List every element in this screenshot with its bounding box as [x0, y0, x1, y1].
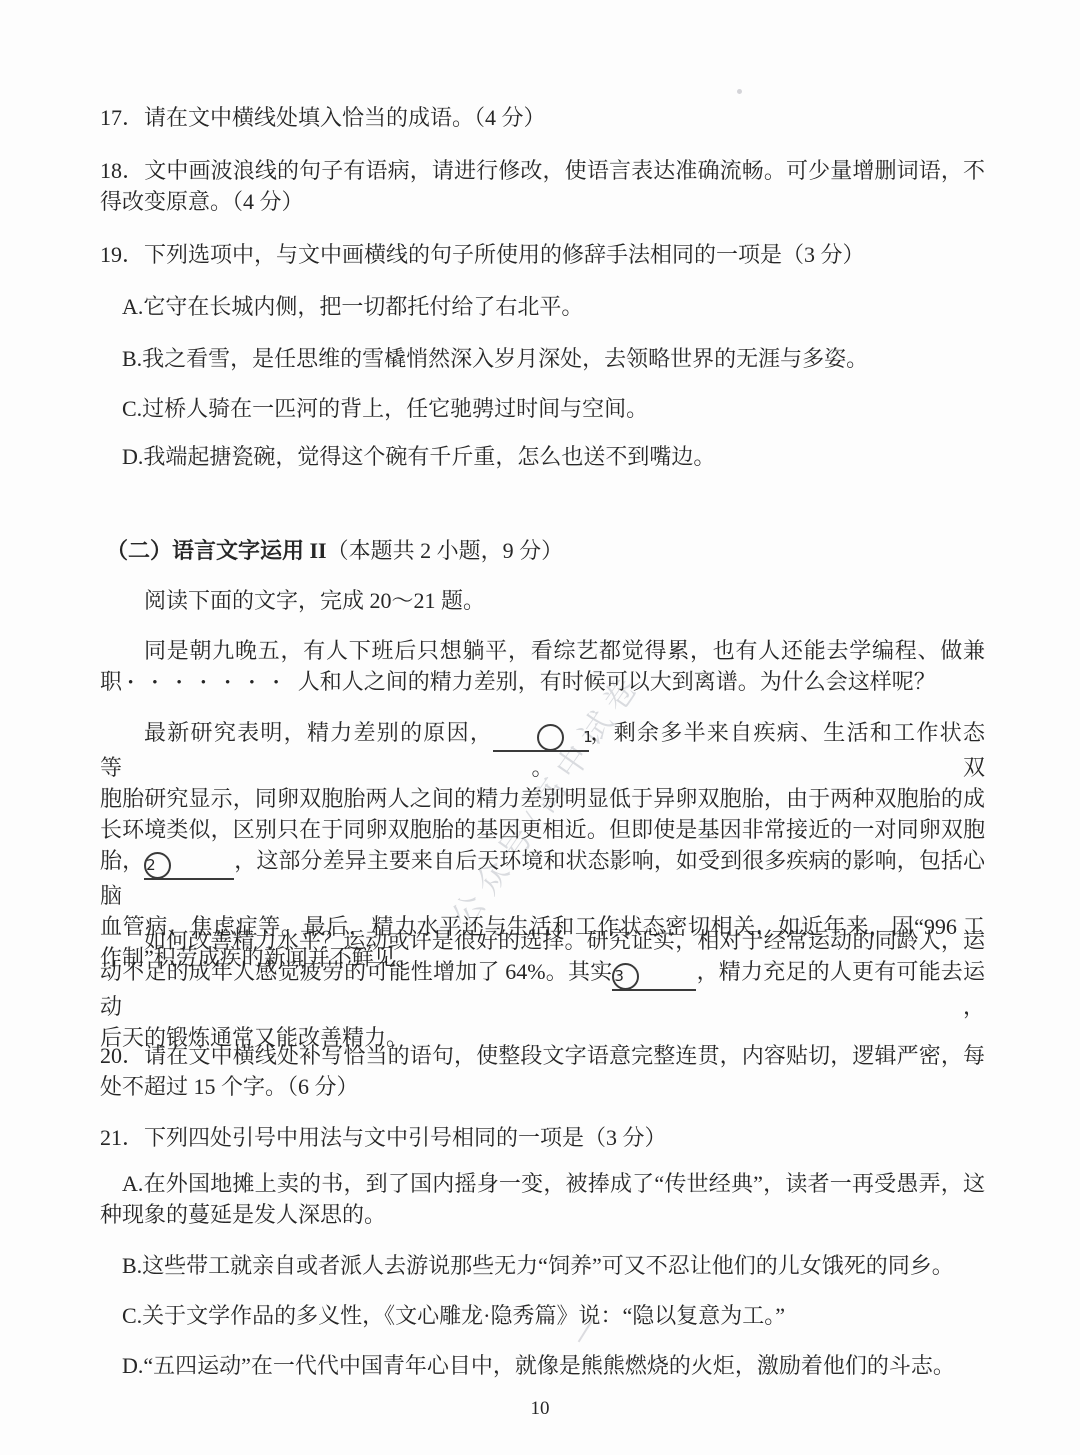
- question-17-text: 17．请在文中横线处填入恰当的成语。（4 分）: [100, 102, 985, 133]
- paragraph-line: 胎，2，这部分差异主要来自后天环境和状态影响，如受到很多疾病的影响，包括心脑: [100, 845, 985, 911]
- page-number: 10: [0, 1395, 1080, 1423]
- exam-paper-page: 公众号/高中试卷 17．请在文中横线处填入恰当的成语。（4 分） 18．文中画波…: [0, 0, 1080, 1455]
- circled-number-3: 3: [612, 963, 639, 990]
- option-text: B.这些带工就亲自或者派人去游说那些无力“饲养”可又不忍让他们的儿女饿死的同乡。: [122, 1250, 985, 1281]
- question-20-line-2: 处不超过 15 个字。（6 分）: [100, 1071, 985, 1102]
- option-line: 种现象的蔓延是发人深思的。: [100, 1199, 985, 1230]
- option-text: D.“五四运动”在一代代中国青年心目中，就像是熊熊燃烧的火炬，激励着他们的斗志。: [122, 1350, 985, 1381]
- section-2-subtitle: （本题共 2 小题，9 分）: [327, 538, 564, 563]
- passage-paragraph-3: 如何改善精力水平？运动或许是很好的选择。研究证实，相对于经常运动的同龄人，运 动…: [100, 925, 985, 1053]
- option-text: A.它守在长城内侧，把一切都托付给了右北平。: [122, 291, 985, 322]
- question-19-option-b: B.我之看雪，是任思维的雪橇悄然深入岁月深处，去领略世界的无涯与多姿。: [100, 343, 985, 374]
- question-20: 20．请在文中横线处补写恰当的语句，使整段文字语意完整连贯，内容贴切，逻辑严密，…: [100, 1040, 985, 1102]
- option-text: B.我之看雪，是任思维的雪橇悄然深入岁月深处，去领略世界的无涯与多姿。: [122, 343, 985, 374]
- text-segment: 最新研究表明，精力差别的原因，: [144, 720, 493, 745]
- question-19-text: 19．下列选项中，与文中画横线的句子所使用的修辞手法相同的一项是（3 分）: [100, 239, 985, 270]
- question-21-option-b: B.这些带工就亲自或者派人去游说那些无力“饲养”可又不忍让他们的儿女饿死的同乡。: [100, 1250, 985, 1281]
- question-18-line-2: 得改变原意。（4 分）: [100, 186, 985, 217]
- section-2-heading: （二）语言文字运用 II（本题共 2 小题，9 分）: [100, 535, 985, 566]
- paragraph-line: 职•••••••人和人之间的精力差别，有时候可以大到离谱。为什么会这样呢？: [100, 666, 985, 699]
- text-segment: 动不足的成年人感觉疲劳的可能性增加了 64%。其实: [100, 959, 612, 984]
- question-19-option-c: C.过桥人骑在一匹河的背上，任它驰骋过时间与空间。: [100, 393, 985, 424]
- reading-intro-text: 阅读下面的文字，完成 20～21 题。: [100, 585, 985, 616]
- paragraph-line: 胞胎研究显示，同卵双胞胎两人之间的精力差别明显低于异卵双胞胎，由于两种双胞胎的成: [100, 783, 985, 814]
- text-segment: 人和人之间的精力差别，有时候可以大到离谱。为什么会这样呢？: [298, 669, 936, 694]
- circled-number-1: 1: [537, 724, 564, 751]
- question-21: 21．下列四处引号中用法与文中引号相同的一项是（3 分）: [100, 1122, 985, 1153]
- circled-number-2: 2: [144, 852, 171, 879]
- option-text: D.我端起搪瓷碗，觉得这个碗有千斤重，怎么也送不到嘴边。: [122, 441, 985, 472]
- paragraph-line: 最新研究表明，精力差别的原因，1，剩余多半来自疾病、生活和工作状态等。双: [100, 717, 985, 783]
- text-segment: 胎，: [100, 848, 144, 873]
- ellipsis-dots: •••••••: [122, 675, 298, 691]
- question-20-line-1: 20．请在文中横线处补写恰当的语句，使整段文字语意完整连贯，内容贴切，逻辑严密，…: [100, 1040, 985, 1071]
- question-21-option-c: C.关于文学作品的多义性，《文心雕龙·隐秀篇》说：“隐以复意为工。”: [100, 1300, 985, 1331]
- question-19-option-d: D.我端起搪瓷碗，觉得这个碗有千斤重，怎么也送不到嘴边。: [100, 441, 985, 472]
- reading-intro: 阅读下面的文字，完成 20～21 题。: [100, 585, 985, 616]
- fill-blank-2: 2: [144, 851, 234, 880]
- question-19-option-a: A.它守在长城内侧，把一切都托付给了右北平。: [100, 291, 985, 322]
- question-18: 18．文中画波浪线的句子有语病，请进行修改，使语言表达准确流畅。可少量增删词语，…: [100, 155, 985, 217]
- option-text: C.过桥人骑在一匹河的背上，任它驰骋过时间与空间。: [122, 393, 985, 424]
- fill-blank-3: 3: [612, 962, 696, 991]
- question-21-option-d: D.“五四运动”在一代代中国青年心目中，就像是熊熊燃烧的火炬，激励着他们的斗志。: [100, 1350, 985, 1381]
- passage-paragraph-1: 同是朝九晚五，有人下班后只想躺平，看综艺都觉得累，也有人还能去学编程、做兼 职•…: [100, 635, 985, 699]
- question-21-text: 21．下列四处引号中用法与文中引号相同的一项是（3 分）: [100, 1122, 985, 1153]
- question-18-line-1: 18．文中画波浪线的句子有语病，请进行修改，使语言表达准确流畅。可少量增删词语，…: [100, 155, 985, 186]
- paragraph-line: 动不足的成年人感觉疲劳的可能性增加了 64%。其实3，精力充足的人更有可能去运动…: [100, 956, 985, 1022]
- paragraph-line: 长环境类似，区别只在于同卵双胞胎的基因更相近。但即使是基因非常接近的一对同卵双胞: [100, 814, 985, 845]
- paragraph-line: 如何改善精力水平？运动或许是很好的选择。研究证实，相对于经常运动的同龄人，运: [100, 925, 985, 956]
- option-line: A.在外国地摊上卖的书，到了国内摇身一变，被捧成了“传世经典”，读者一再受愚弄，…: [100, 1168, 985, 1199]
- option-text: C.关于文学作品的多义性，《文心雕龙·隐秀篇》说：“隐以复意为工。”: [122, 1300, 985, 1331]
- fill-blank-1: 1: [493, 723, 589, 752]
- question-19: 19．下列选项中，与文中画横线的句子所使用的修辞手法相同的一项是（3 分）: [100, 239, 985, 270]
- text-segment: 职: [100, 669, 122, 694]
- section-2-title: （二）语言文字运用 II: [106, 538, 327, 563]
- scan-artifact-dot: [737, 89, 742, 94]
- paragraph-line: 同是朝九晚五，有人下班后只想躺平，看综艺都觉得累，也有人还能去学编程、做兼: [100, 635, 985, 666]
- question-21-option-a: A.在外国地摊上卖的书，到了国内摇身一变，被捧成了“传世经典”，读者一再受愚弄，…: [100, 1168, 985, 1230]
- question-17: 17．请在文中横线处填入恰当的成语。（4 分）: [100, 102, 985, 133]
